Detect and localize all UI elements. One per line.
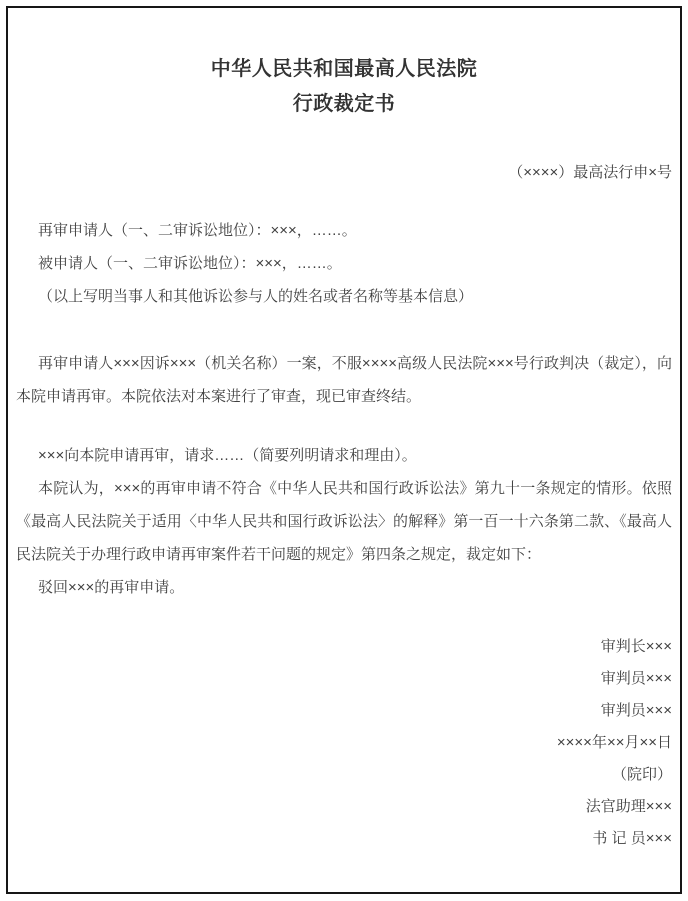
respondent-line: 被申请人（一、二审诉讼地位）：×××，……。 <box>16 247 672 280</box>
ruling-document-page: 中华人民共和国最高人民法院 行政裁定书 （××××）最高法行申×号 再审申请人（… <box>6 6 682 894</box>
court-name-heading: 中华人民共和国最高人民法院 <box>16 52 672 87</box>
holding-paragraph: 本院认为，×××的再审申请不符合《中华人民共和国行政诉讼法》第九十一条规定的情形… <box>16 472 672 571</box>
request-paragraph: ×××向本院申请再审，请求……（简要列明请求和理由）。 <box>16 439 672 472</box>
retrial-applicant-line: 再审申请人（一、二审诉讼地位）：×××，……。 <box>16 214 672 247</box>
ruling-line: 驳回×××的再审申请。 <box>16 571 672 604</box>
case-number: （××××）最高法行申×号 <box>16 156 672 189</box>
case-summary-paragraph: 再审申请人×××因诉×××（机关名称）一案，不服××××高级人民法院×××号行政… <box>16 347 672 413</box>
court-clerk-line: 书 记 员××× <box>16 823 672 855</box>
judge-assistant-line: 法官助理××× <box>16 791 672 823</box>
date-line: ××××年××月××日 <box>16 727 672 759</box>
parties-section: 再审申请人（一、二审诉讼地位）：×××，……。 被申请人（一、二审诉讼地位）：×… <box>16 214 672 313</box>
judge-line-2: 审判员××× <box>16 695 672 727</box>
judge-line-1: 审判员××× <box>16 663 672 695</box>
presiding-judge-line: 审判长××× <box>16 631 672 663</box>
document-type-heading: 行政裁定书 <box>16 87 672 122</box>
court-seal-line: （院印） <box>16 759 672 791</box>
parties-note-line: （以上写明当事人和其他诉讼参与人的姓名或者名称等基本信息） <box>16 280 672 313</box>
signature-block: 审判长××× 审判员××× 审判员××× ××××年××月××日 （院印） 法官… <box>16 631 672 855</box>
